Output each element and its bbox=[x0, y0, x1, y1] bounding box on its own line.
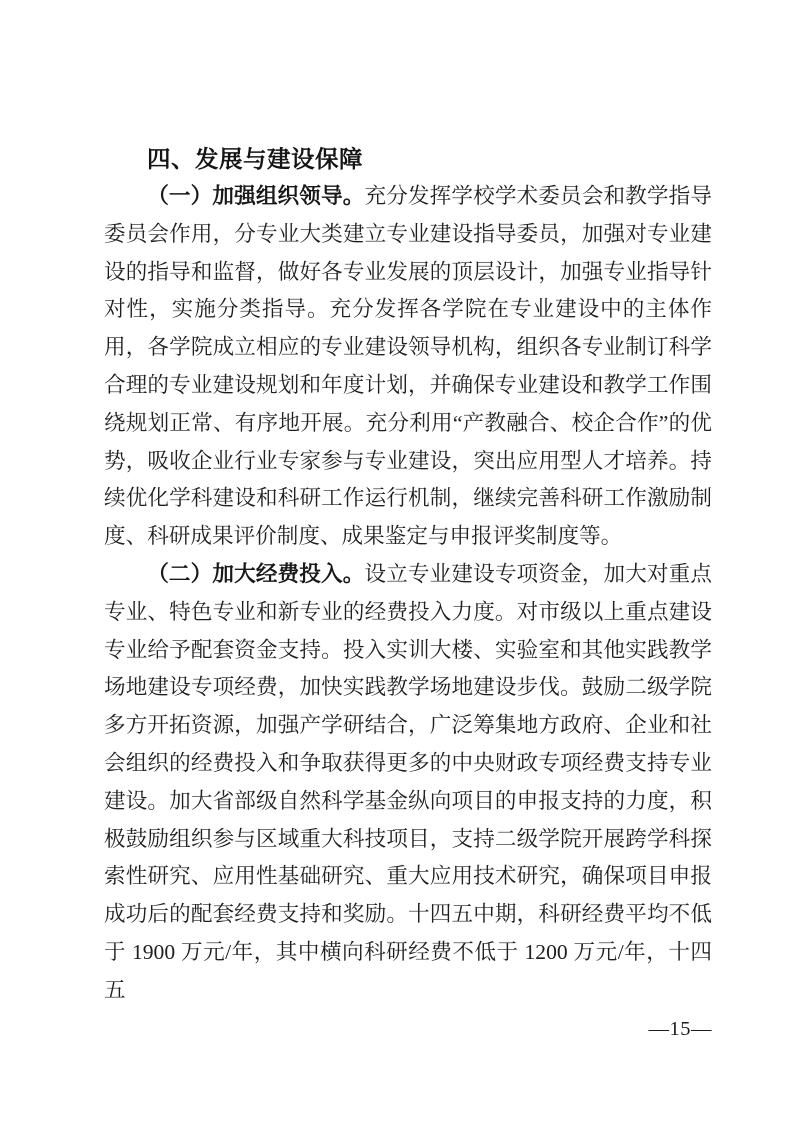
document-page: 四、发展与建设保障 （一）加强组织领导。充分发挥学校学术委员会和教学指导委员会作… bbox=[0, 0, 793, 1122]
paragraph: （一）加强组织领导。充分发挥学校学术委员会和教学指导委员会作用，分专业大类建立专… bbox=[104, 178, 712, 556]
paragraph-lead: （二）加大经费投入。 bbox=[147, 562, 364, 586]
document-body: 四、发展与建设保障 （一）加强组织领导。充分发挥学校学术委员会和教学指导委员会作… bbox=[104, 140, 712, 1010]
paragraph-lead: （一）加强组织领导。 bbox=[147, 184, 364, 208]
paragraph: （二）加大经费投入。设立专业建设专项资金，加大对重点专业、特色专业和新专业的经费… bbox=[104, 556, 712, 1010]
page-number: —15— bbox=[649, 1018, 713, 1040]
paragraph-body: 充分发挥学校学术委员会和教学指导委员会作用，分专业大类建立专业建设指导委员，加强… bbox=[104, 184, 712, 548]
paragraph-body: 设立专业建设专项资金，加大对重点专业、特色专业和新专业的经费投入力度。对市级以上… bbox=[104, 562, 712, 1002]
section-heading: 四、发展与建设保障 bbox=[104, 140, 712, 178]
